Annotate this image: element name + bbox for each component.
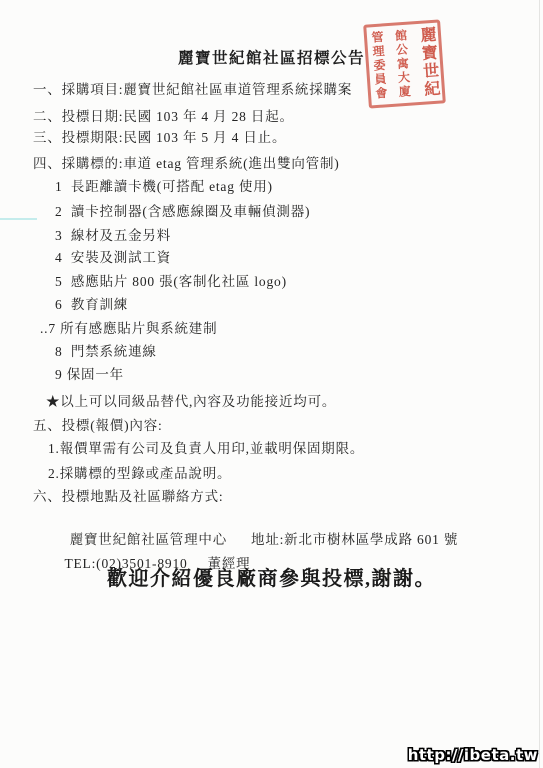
watermark-url: http://ibeta.tw: [408, 746, 538, 764]
equivalent-substitute-note: ★以上可以同級品替代,內容及功能接近均可。: [46, 392, 336, 411]
item-7-system-setup: ..7 所有感應貼片與系統建制: [40, 319, 217, 338]
section-6-bid-location-contact: 六、投標地點及社區聯絡方式:: [33, 487, 223, 506]
closing-welcome-statement: 歡迎介紹優良廠商參與投標,謝謝。: [0, 562, 543, 591]
bid-content-item-1: 1.報價單需有公司及負責人用印,並載明保固期限。: [48, 439, 364, 458]
bid-content-item-2: 2.採購標的型錄或產品說明。: [48, 464, 231, 483]
item-3-cables-hardware: 3 線材及五金另料: [55, 226, 171, 245]
seal-column-left: 管理委員會: [370, 28, 387, 103]
section-3-bid-deadline: 三、投標期限:民國 103 年 5 月 4 日止。: [33, 128, 286, 147]
section-1-procurement-project: 一、採購項目:麗寶世紀館社區車道管理系統採購案: [33, 80, 352, 99]
item-4-installation-testing: 4 安裝及測試工資: [55, 248, 171, 267]
scan-artifact-line: [0, 218, 37, 220]
contact-address: 地址:新北市樹林區學成路 601 號: [251, 532, 458, 547]
section-2-bid-start-date: 二、投標日期:民國 103 年 4 月 28 日起。: [33, 107, 294, 126]
scanned-tender-notice-page: 麗寶世紀館社區招標公告 麗寶世紀 館公寓大廈 管理委員會 一、採購項目:麗寶世紀…: [0, 0, 543, 768]
item-5-rfid-stickers: 5 感應貼片 800 張(客制化社區 logo): [55, 272, 287, 291]
item-9-one-year-warranty: 9 保固一年: [55, 365, 124, 384]
seal-column-right: 麗寶世紀: [417, 25, 438, 100]
committee-red-seal: 麗寶世紀 館公寓大廈 管理委員會: [363, 19, 446, 108]
seal-column-middle: 館公寓大廈: [394, 27, 411, 102]
item-2-card-controller: 2 讀卡控制器(含感應線圈及車輛偵測器): [55, 202, 310, 221]
page-title: 麗寶世紀館社區招標公告: [0, 46, 543, 68]
item-6-training: 6 教育訓練: [55, 295, 128, 314]
item-8-access-control-link: 8 門禁系統連線: [55, 342, 157, 361]
scan-edge-line: [539, 0, 540, 768]
section-4-procurement-subject: 四、採購標的:車道 etag 管理系統(進出雙向管制): [33, 154, 340, 173]
section-5-bid-content: 五、投標(報價)內容:: [33, 416, 163, 435]
item-1-long-range-card-reader: 1 長距離讀卡機(可搭配 etag 使用): [55, 177, 273, 196]
